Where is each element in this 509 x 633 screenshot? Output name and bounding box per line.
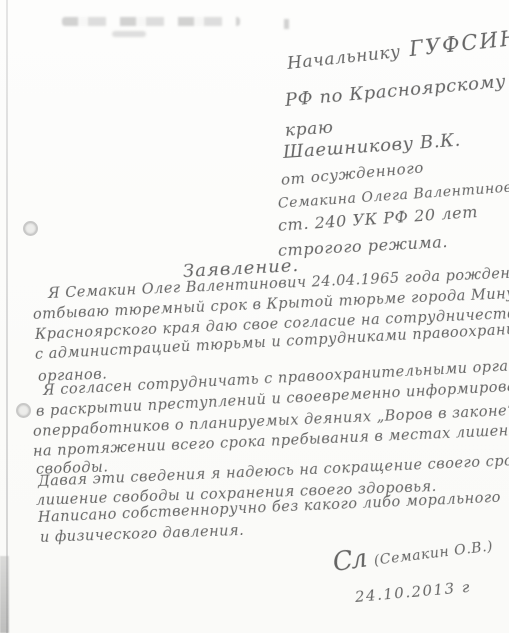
signature-squiggle: Сл bbox=[331, 544, 367, 578]
hole-punch bbox=[23, 221, 38, 236]
org-name: ГУФСИН bbox=[408, 26, 509, 61]
scanned-document-page: НачальникуГУФСИН РФ по Красноярскому кра… bbox=[0, 0, 509, 633]
hole-punch bbox=[16, 403, 31, 418]
header-line: от осужденного bbox=[280, 159, 424, 189]
header-line: РФ по Красноярскому bbox=[284, 71, 507, 111]
scan-smudge bbox=[112, 31, 146, 37]
scan-smudge bbox=[62, 17, 240, 26]
scan-edge-shadow bbox=[6, 0, 8, 633]
scan-corner-shadow bbox=[0, 556, 9, 633]
addressee-prefix: Начальнику bbox=[286, 42, 401, 74]
body-line: и физического давления. bbox=[40, 523, 245, 546]
signature-date: 24.10.2013 г bbox=[354, 578, 471, 606]
header-line: строгого режима. bbox=[278, 232, 449, 260]
scan-smudge bbox=[284, 19, 289, 29]
header-line-addressee: НачальникуГУФСИН bbox=[286, 26, 509, 74]
header-line: краю bbox=[284, 118, 334, 141]
signature-name: (Семакин О.В.) bbox=[373, 538, 494, 569]
